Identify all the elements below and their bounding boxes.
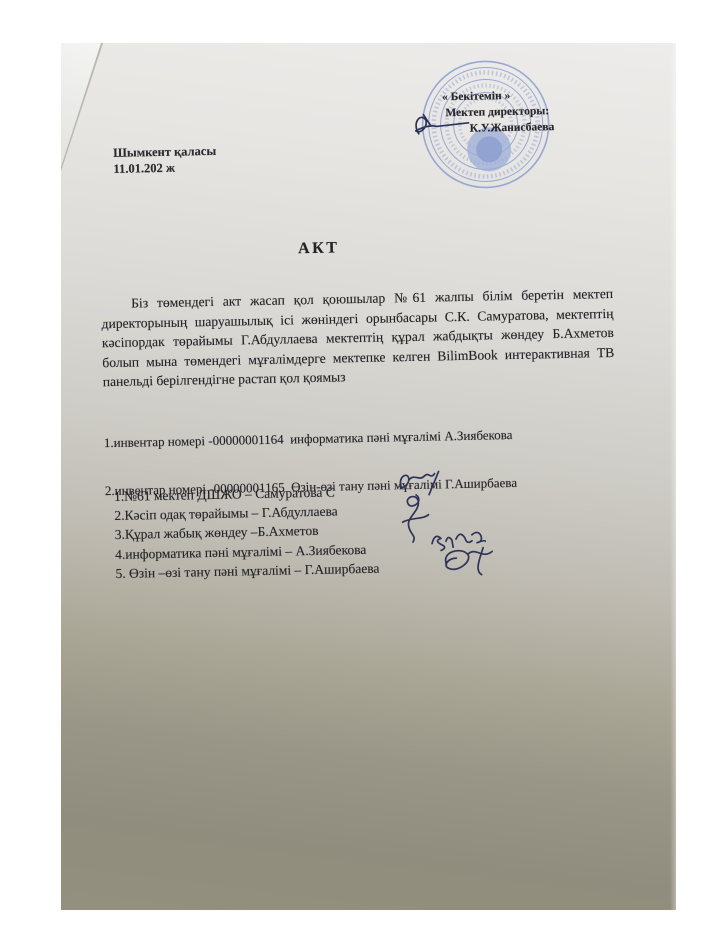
- page-content: « Бекітемін » Мектеп директоры: К.У.Жани…: [61, 43, 676, 910]
- signature-abdullaeva-icon: [395, 491, 432, 546]
- director-name: К.У.Жанисбаева: [470, 120, 555, 137]
- date-line: 11.01.202 ж: [113, 159, 216, 177]
- inventory-line-1: 1.инвентар номері -00000001164 информати…: [104, 427, 516, 452]
- approval-header: « Бекітемін »: [442, 89, 510, 105]
- doc-title: АКТ: [298, 239, 340, 258]
- signatories-block: 1.№61 мектеп ДШЖО – Самуратова С 2.Кәсіп…: [114, 482, 380, 583]
- signature-ashirbaeva-icon: [437, 544, 496, 579]
- body-paragraph: Біз төмендегі акт жасап қол қоюшылар №61…: [101, 284, 615, 392]
- place-line: Шымкент қаласы: [113, 143, 216, 161]
- signatory-line-5: 5. Өзін –өзі тану пәні мұғалімі – Г.Ашир…: [115, 558, 379, 582]
- place-date-block: Шымкент қаласы 11.01.202 ж: [113, 143, 217, 177]
- document-photo: « Бекітемін » Мектеп директоры: К.У.Жани…: [61, 43, 676, 910]
- director-signature-icon: [408, 109, 479, 146]
